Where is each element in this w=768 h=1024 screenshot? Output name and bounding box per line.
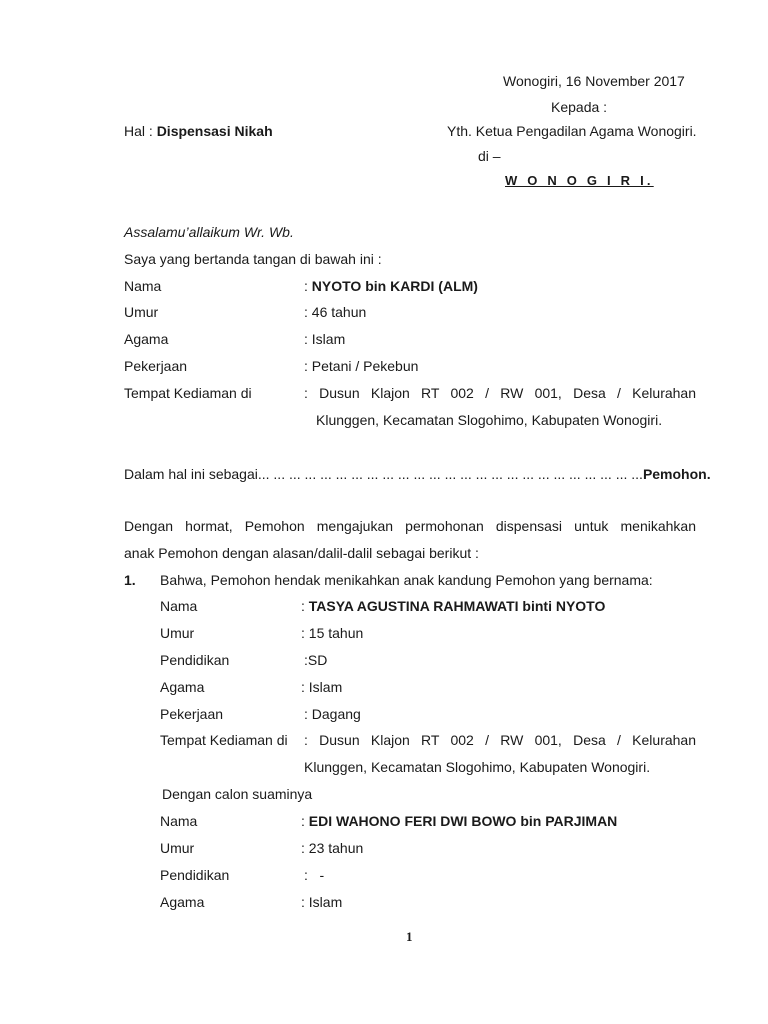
child-religion-value: : Islam <box>301 678 342 696</box>
applicant-occupation-value: : Petani / Pekebun <box>304 357 418 375</box>
child-occupation-label: Pekerjaan <box>160 705 223 723</box>
groom-age-label: Umur <box>160 839 194 857</box>
child-education-value: :SD <box>304 651 327 669</box>
subject-line: Hal : Dispensasi Nikah <box>124 122 273 140</box>
groom-age-value: : 23 tahun <box>301 839 363 857</box>
groom-name-label: Nama <box>160 812 197 830</box>
applicant-occupation-label: Pekerjaan <box>124 357 187 375</box>
item-text: Bahwa, Pemohon hendak menikahkan anak ka… <box>160 571 653 589</box>
applicant-age-value: : 46 tahun <box>304 303 366 321</box>
groom-religion-label: Agama <box>160 893 204 911</box>
applicant-name-value: : NYOTO bin KARDI (ALM) <box>304 277 478 295</box>
applicant-age-label: Umur <box>124 303 158 321</box>
child-name-value: : TASYA AGUSTINA RAHMAWATI binti NYOTO <box>301 597 605 615</box>
groom-intro: Dengan calon suaminya <box>162 785 312 803</box>
applicant-religion-label: Agama <box>124 330 168 348</box>
recipient-location-label: di – <box>478 147 501 165</box>
groom-education-label: Pendidikan <box>160 866 229 884</box>
groom-religion-value: : Islam <box>301 893 342 911</box>
body-paragraph-line1: Dengan hormat, Pemohon mengajukan permoh… <box>124 517 696 535</box>
child-religion-label: Agama <box>160 678 204 696</box>
role-line: Dalam hal ini sebagai... ... ... ... ...… <box>124 465 711 483</box>
kepada-label: Kepada : <box>551 98 607 116</box>
applicant-address-line2: Klunggen, Kecamatan Slogohimo, Kabupaten… <box>316 411 662 429</box>
intro-text: Saya yang bertanda tangan di bawah ini : <box>124 250 382 268</box>
recipient-city: W O N O G I R I. <box>505 172 654 190</box>
item-number: 1. <box>124 571 136 589</box>
page-number: 1 <box>406 928 413 946</box>
applicant-religion-value: : Islam <box>304 330 345 348</box>
child-occupation-value: : Dagang <box>304 705 361 723</box>
applicant-address-line1: : Dusun Klajon RT 002 / RW 001, Desa / K… <box>304 384 696 402</box>
subject-label: Hal : <box>124 123 157 139</box>
applicant-address-label: Tempat Kediaman di <box>124 384 252 402</box>
groom-education-value: : - <box>304 866 324 884</box>
child-age-label: Umur <box>160 624 194 642</box>
child-address-line2: Klunggen, Kecamatan Slogohimo, Kabupaten… <box>304 758 650 776</box>
recipient: Yth. Ketua Pengadilan Agama Wonogiri. <box>447 122 697 140</box>
child-address-label: Tempat Kediaman di <box>160 731 288 749</box>
child-name-label: Nama <box>160 597 197 615</box>
child-age-value: : 15 tahun <box>301 624 363 642</box>
child-address-line1: : Dusun Klajon RT 002 / RW 001, Desa / K… <box>304 731 696 749</box>
applicant-name-label: Nama <box>124 277 161 295</box>
greeting: Assalamu’allaikum Wr. Wb. <box>124 223 294 241</box>
subject-value: Dispensasi Nikah <box>157 123 273 139</box>
groom-name-value: : EDI WAHONO FERI DWI BOWO bin PARJIMAN <box>301 812 617 830</box>
place-date: Wonogiri, 16 November 2017 <box>503 72 685 90</box>
body-paragraph-line2: anak Pemohon dengan alasan/dalil-dalil s… <box>124 544 479 562</box>
child-education-label: Pendidikan <box>160 651 229 669</box>
